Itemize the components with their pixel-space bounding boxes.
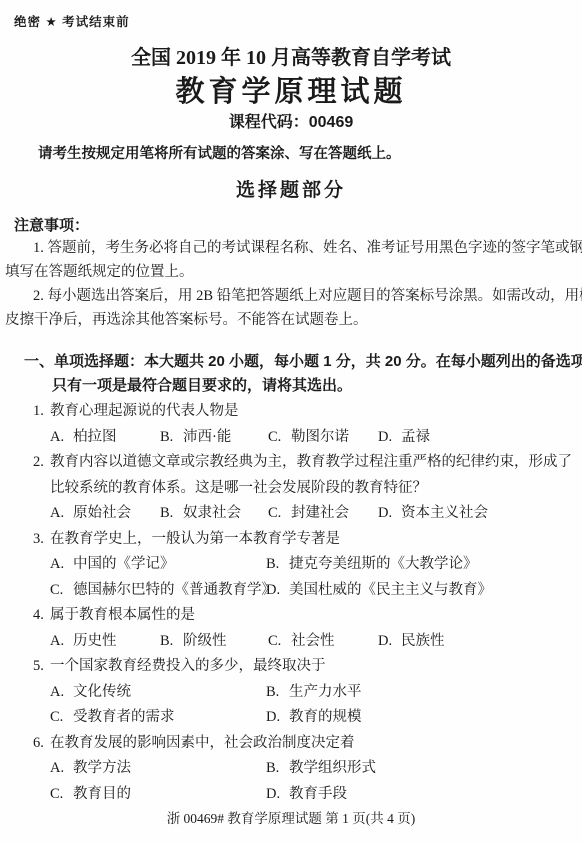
- question-number: 6.: [33, 731, 50, 757]
- option-text: 受教育者的需求: [73, 709, 175, 725]
- option-label: B.: [266, 680, 289, 706]
- question-text: 教育心理起源说的代表人物是: [50, 403, 239, 419]
- option-D: D.民族性: [378, 629, 568, 655]
- option-text: 教学方法: [73, 760, 131, 776]
- question-stem: 6.在教育发展的影响因素中，社会政治制度决定着: [33, 731, 568, 757]
- section-one-header-line-2: 只有一项是最符合题目要求的，请将其选出。: [52, 374, 568, 398]
- option-B: B.阶级性: [160, 629, 268, 655]
- question-stem: 4.属于教育根本属性的是: [33, 603, 568, 629]
- option-D: D.孟禄: [378, 425, 568, 451]
- option-text: 历史性: [73, 633, 117, 649]
- option-label: A.: [50, 680, 73, 706]
- option-label: C.: [50, 578, 73, 604]
- option-text: 勒图尔诺: [291, 429, 349, 445]
- option-A: A.中国的《学记》: [50, 552, 266, 578]
- option-A: A.历史性: [50, 629, 160, 655]
- notice-item-2-line-2: 皮擦干净后，再选涂其他答案标号。不能答在试题卷上。: [5, 308, 568, 332]
- option-D: D.教育手段: [266, 782, 568, 808]
- question-stem: 5.一个国家教育经费投入的多少，最终取决于: [33, 654, 568, 680]
- option-text: 文化传统: [73, 684, 131, 700]
- notice-title: 注意事项：: [14, 215, 568, 236]
- question-5: 5.一个国家教育经费投入的多少，最终取决于A.文化传统B.生产力水平C.受教育者…: [14, 654, 568, 731]
- options: A.文化传统B.生产力水平C.受教育者的需求D.教育的规模: [50, 680, 568, 731]
- option-label: D.: [378, 501, 401, 527]
- page-footer: 浙 00469# 教育学原理试题 第 1 页(共 4 页): [0, 810, 582, 828]
- option-A: A.文化传统: [50, 680, 266, 706]
- option-D: D.资本主义社会: [378, 501, 568, 527]
- option-label: D.: [266, 782, 289, 808]
- option-label: B.: [266, 756, 289, 782]
- option-label: B.: [160, 425, 183, 451]
- option-text: 教学组织形式: [289, 760, 376, 776]
- option-text: 柏拉图: [73, 429, 117, 445]
- question-6: 6.在教育发展的影响因素中，社会政治制度决定着A.教学方法B.教学组织形式C.教…: [14, 731, 568, 808]
- option-text: 教育的规模: [289, 709, 362, 725]
- exam-paper-page: 绝密 ★ 考试结束前 全国 2019 年 10 月高等教育自学考试 教育学原理试…: [0, 0, 582, 844]
- question-text: 教育内容以道德文章或宗教经典为主，教育教学过程注重严格的纪律约束，形成了: [50, 454, 572, 470]
- option-label: D.: [378, 425, 401, 451]
- option-text: 民族性: [401, 633, 445, 649]
- option-text: 原始社会: [73, 505, 131, 521]
- question-text: 一个国家教育经费投入的多少，最终取决于: [50, 658, 326, 674]
- question-4: 4.属于教育根本属性的是A.历史性B.阶级性C.社会性D.民族性: [14, 603, 568, 654]
- option-text: 社会性: [291, 633, 335, 649]
- option-text: 生产力水平: [289, 684, 362, 700]
- option-label: D.: [378, 629, 401, 655]
- options: A.原始社会B.奴隶社会C.封建社会D.资本主义社会: [50, 501, 568, 527]
- question-stem: 1.教育心理起源说的代表人物是: [33, 399, 568, 425]
- option-label: B.: [266, 552, 289, 578]
- option-label: C.: [268, 501, 291, 527]
- option-B: B.教学组织形式: [266, 756, 568, 782]
- option-C: C.社会性: [268, 629, 378, 655]
- question-stem-continued: 比较系统的教育体系。这是哪一社会发展阶段的教育特征？: [50, 476, 568, 502]
- option-label: B.: [160, 629, 183, 655]
- notice-item-2-line-1: 2. 每小题选出答案后，用 2B 铅笔把答题纸上对应题目的答案标号涂黑。如需改动…: [5, 284, 568, 308]
- option-text: 教育手段: [289, 786, 347, 802]
- paper-title: 教育学原理试题: [14, 74, 568, 111]
- option-label: C.: [268, 425, 291, 451]
- question-1: 1.教育心理起源说的代表人物是A.柏拉图B.沛西·能C.勒图尔诺D.孟禄: [14, 399, 568, 450]
- option-label: D.: [266, 578, 289, 604]
- option-text: 美国杜威的《民主主义与教育》: [289, 582, 492, 598]
- option-C: C.教育目的: [50, 782, 266, 808]
- options: A.中国的《学记》B.捷克夸美纽斯的《大教学论》C.德国赫尔巴特的《普通教育学》…: [50, 552, 568, 603]
- question-number: 5.: [33, 654, 50, 680]
- course-code: 课程代码：00469: [14, 112, 568, 134]
- option-text: 教育目的: [73, 786, 131, 802]
- option-C: C.德国赫尔巴特的《普通教育学》: [50, 578, 266, 604]
- option-text: 孟禄: [401, 429, 430, 445]
- option-text: 阶级性: [183, 633, 227, 649]
- classification-label: 绝密 ★ 考试结束前: [14, 14, 568, 30]
- options: A.教学方法B.教学组织形式C.教育目的D.教育手段: [50, 756, 568, 807]
- exam-session-title: 全国 2019 年 10 月高等教育自学考试: [14, 45, 568, 71]
- question-text: 在教育发展的影响因素中，社会政治制度决定着: [50, 735, 355, 751]
- option-text: 沛西·能: [183, 429, 231, 445]
- option-label: A.: [50, 501, 73, 527]
- option-text: 奴隶社会: [183, 505, 241, 521]
- option-C: C.封建社会: [268, 501, 378, 527]
- option-label: C.: [50, 705, 73, 731]
- option-text: 捷克夸美纽斯的《大教学论》: [289, 556, 478, 572]
- options: A.历史性B.阶级性C.社会性D.民族性: [50, 629, 568, 655]
- question-stem: 2.教育内容以道德文章或宗教经典为主，教育教学过程注重严格的纪律约束，形成了: [33, 450, 568, 476]
- option-label: A.: [50, 756, 73, 782]
- question-3: 3.在教育学史上，一般认为第一本教育学专著是A.中国的《学记》B.捷克夸美纽斯的…: [14, 527, 568, 604]
- answer-sheet-instruction: 请考生按规定用笔将所有试题的答案涂、写在答题纸上。: [14, 143, 568, 165]
- option-label: C.: [268, 629, 291, 655]
- option-B: B.沛西·能: [160, 425, 268, 451]
- option-label: B.: [160, 501, 183, 527]
- question-number: 3.: [33, 527, 50, 553]
- question-number: 2.: [33, 450, 50, 476]
- questions: 1.教育心理起源说的代表人物是A.柏拉图B.沛西·能C.勒图尔诺D.孟禄2.教育…: [14, 399, 568, 807]
- option-text: 封建社会: [291, 505, 349, 521]
- option-label: A.: [50, 629, 73, 655]
- option-B: B.生产力水平: [266, 680, 568, 706]
- option-label: D.: [266, 705, 289, 731]
- option-A: A.教学方法: [50, 756, 266, 782]
- notice-list: 1. 答题前，考生务必将自己的考试课程名称、姓名、准考证号用黑色字迹的签字笔或钢…: [5, 236, 568, 332]
- option-A: A.柏拉图: [50, 425, 160, 451]
- option-label: A.: [50, 552, 73, 578]
- notice-item-1-line-1: 1. 答题前，考生务必将自己的考试课程名称、姓名、准考证号用黑色字迹的签字笔或钢…: [5, 236, 568, 260]
- question-text: 属于教育根本属性的是: [50, 607, 195, 623]
- option-C: C.受教育者的需求: [50, 705, 266, 731]
- notice-item-1-line-2: 填写在答题纸规定的位置上。: [5, 260, 568, 284]
- option-B: B.捷克夸美纽斯的《大教学论》: [266, 552, 568, 578]
- question-stem: 3.在教育学史上，一般认为第一本教育学专著是: [33, 527, 568, 553]
- section-one-header: 一、单项选择题：本大题共 20 小题，每小题 1 分，共 20 分。在每小题列出…: [14, 350, 568, 398]
- option-text: 资本主义社会: [401, 505, 488, 521]
- question-text: 在教育学史上，一般认为第一本教育学专著是: [50, 531, 340, 547]
- option-C: C.勒图尔诺: [268, 425, 378, 451]
- option-text: 德国赫尔巴特的《普通教育学》: [73, 582, 276, 598]
- question-number: 4.: [33, 603, 50, 629]
- option-D: D.教育的规模: [266, 705, 568, 731]
- options: A.柏拉图B.沛西·能C.勒图尔诺D.孟禄: [50, 425, 568, 451]
- option-text: 中国的《学记》: [73, 556, 175, 572]
- option-A: A.原始社会: [50, 501, 160, 527]
- question-number: 1.: [33, 399, 50, 425]
- option-label: C.: [50, 782, 73, 808]
- part-title-multiple-choice: 选择题部分: [14, 178, 568, 204]
- question-2: 2.教育内容以道德文章或宗教经典为主，教育教学过程注重严格的纪律约束，形成了比较…: [14, 450, 568, 527]
- option-B: B.奴隶社会: [160, 501, 268, 527]
- option-D: D.美国杜威的《民主主义与教育》: [266, 578, 568, 604]
- section-one-header-line-1: 一、单项选择题：本大题共 20 小题，每小题 1 分，共 20 分。在每小题列出…: [24, 350, 568, 374]
- option-label: A.: [50, 425, 73, 451]
